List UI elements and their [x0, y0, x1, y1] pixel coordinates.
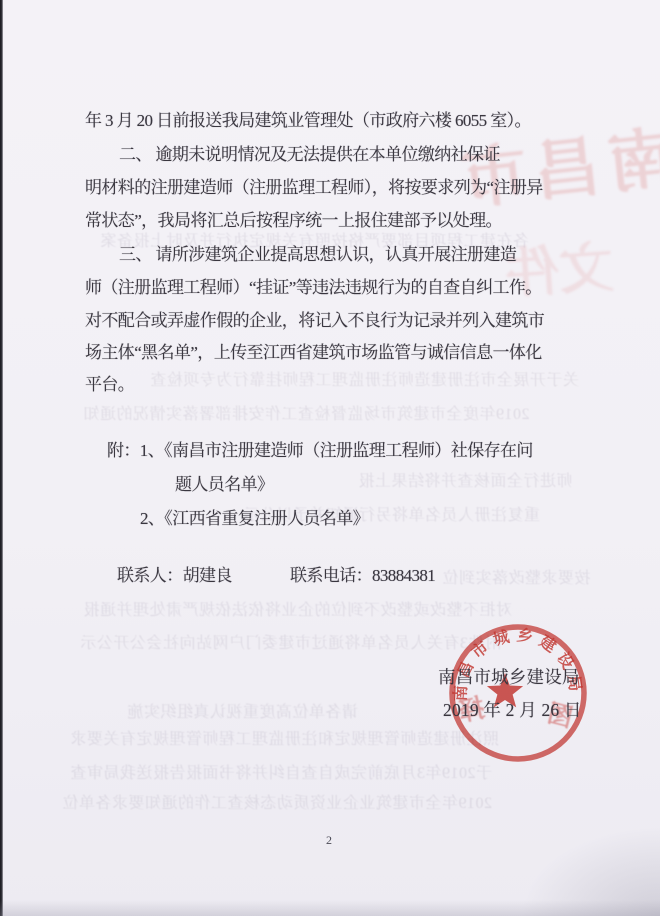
body-line: 二、 逾期未说明情况及无法提供在本单位缴纳社保证: [119, 140, 500, 165]
bleedthrough-line: 关于开展全市注册建造师注册监理工程师挂靠行为专项检查: [150, 367, 579, 390]
body-line: 师（注册监理工程师）“挂证”等违法违规行为的自查自纠工作。: [85, 273, 542, 298]
page-number: 2: [326, 833, 332, 848]
contact-person: 联系人：胡建良: [117, 561, 232, 586]
bleedthrough-line: 2019年度全市建筑市场监督检查工作安排部署落实情况的通知: [83, 401, 530, 424]
body-line: 年 3 月 20 日前报送我局建筑业管理处（市政府六楼 6055 室）。: [85, 106, 531, 131]
signature-date: 2019 年 2 月 26 日: [443, 697, 582, 722]
scanned-document-page: 南昌市 文件 各在建工程项目部要严格按照有关规定执行并及时上报备案 关于开展全市…: [0, 0, 660, 916]
bleedthrough-line: 于2019年3月底前完成自查自纠并将书面报告报送我局审查: [70, 760, 492, 783]
body-line: 常状态”，我局将汇总后按程序统一上报住建部予以处理。: [85, 206, 502, 231]
body-line: 平台。: [85, 370, 134, 395]
attachment-line: 附：1、《南昌市注册建造师（注册监理工程师）社保存在问: [107, 436, 533, 461]
attachment-line: 题人员名单》: [175, 470, 273, 495]
signature-org: 南昌市城乡建设局: [438, 664, 580, 689]
body-line: 明材料的注册建造师（注册监理工程师），将按要求列为“注册异: [85, 173, 543, 198]
scan-corner-shade: [520, 826, 660, 916]
bleedthrough-line: 请各单位高度重视认真组织实施: [127, 699, 358, 722]
bleedthrough-line: 师进行全面核查并将结果上报: [358, 468, 573, 491]
body-line: 三、 请所涉建筑企业提高思想认识，认真开展注册建造: [119, 240, 516, 265]
attachment-line: 2、《江西省重复注册人员名单》: [140, 504, 369, 529]
body-line: 场主体“黑名单”，上传至江西省建筑市场监管与诚信信息一体化: [85, 338, 542, 363]
bleedthrough-line: 2019年全市建筑业企业资质动态核查工作的通知要求各单位: [62, 790, 492, 813]
body-line: 对不配合或弄虚作假的企业，将记入不良行为记录并列入建筑市: [85, 306, 544, 331]
bleedthrough-line: 按要求整改落实到位: [442, 565, 591, 588]
contact-phone: 联系电话：83884381: [290, 561, 435, 586]
scan-edge-artifact: [0, 0, 3, 916]
